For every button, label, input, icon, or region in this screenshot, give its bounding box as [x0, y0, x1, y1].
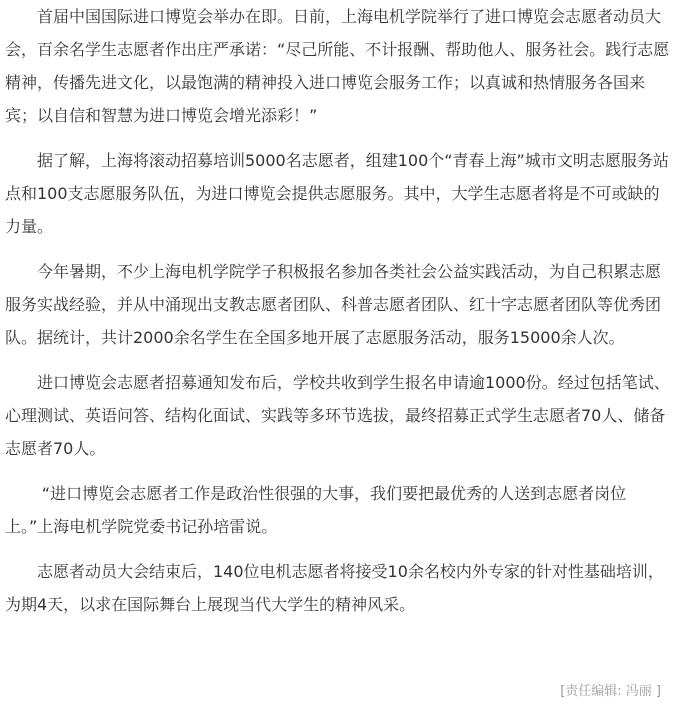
paragraph-5-quote: “进口博览会志愿者工作是政治性很强的大事，我们要把最优秀的人送到志愿者岗位上。”…	[5, 477, 670, 543]
paragraph-4: 进口博览会志愿者招募通知发布后，学校共收到学生报名申请逾1000份。经过包括笔试…	[5, 366, 670, 465]
paragraph-6: 志愿者动员大会结束后，140位电机志愿者将接受10余名校内外专家的针对性基础培训…	[5, 555, 670, 621]
article-body: 首届中国国际进口博览会举办在即。日前，上海电机学院举行了进口博览会志愿者动员大会…	[5, 0, 670, 633]
editor-credit: [责任编辑: 冯丽 ]	[560, 680, 661, 699]
paragraph-2: 据了解，上海将滚动招募培训5000名志愿者，组建100个“青春上海”城市文明志愿…	[5, 144, 670, 243]
paragraph-3: 今年暑期，不少上海电机学院学子积极报名参加各类社会公益实践活动，为自己积累志愿服…	[5, 255, 670, 354]
paragraph-1: 首届中国国际进口博览会举办在即。日前，上海电机学院举行了进口博览会志愿者动员大会…	[5, 0, 670, 132]
